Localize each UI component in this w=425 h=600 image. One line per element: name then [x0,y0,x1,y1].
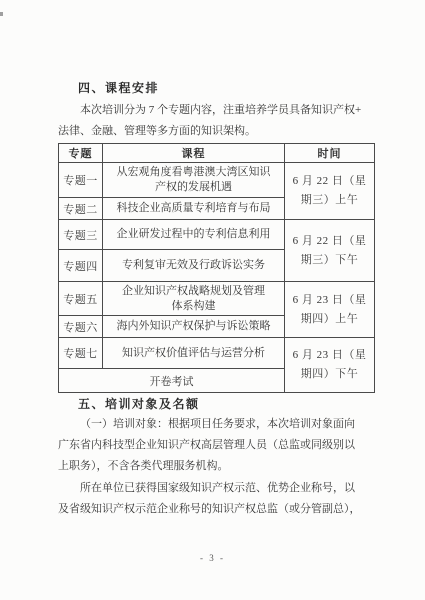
table-row: 专题一 从宏观角度看粤港澳大湾区知识 产权的发展机遇 6 月 22 日（星 期三… [59,163,375,198]
topic-cell: 专题七 [59,338,103,369]
table-header-row: 专题 课程 时间 [59,144,375,163]
header-time: 时间 [285,144,375,163]
audience-paragraph-2: 所在单位已获得国家级知识产权示范、优势企业称号，以 及省级知识产权示范企业称号的… [58,478,374,520]
topic-cell: 专题二 [59,198,103,220]
paragraph-line: （一）培训对象：根据项目任务要求，本次培训对象面向 [58,414,374,435]
paragraph-line: 广东省内科技型企业知识产权高层管理人员（总监或同级别以 [58,435,374,456]
course-cell: 知识产权价值评估与运营分析 [103,338,285,369]
course-cell: 海内外知识产权保护与诉讼策略 [103,316,285,338]
section-heading-training-audience: 五、培训对象及名额 [78,395,200,412]
course-schedule-table: 专题 课程 时间 专题一 从宏观角度看粤港澳大湾区知识 产权的发展机遇 6 月 … [58,143,375,393]
course-cell: 专利复审无效及行政诉讼实务 [103,250,285,282]
header-topic: 专题 [59,144,103,163]
table-row: 专题三 企业研发过程中的专利信息利用 6 月 22 日（星 期三）下午 [59,220,375,250]
paragraph-line: 上职务），不含各类代理服务机构。 [58,456,374,477]
topic-cell: 专题三 [59,220,103,250]
document-page: 四、课程安排 本次培训分为 7 个专题内容，注重培养学员具备知识产权+ 法律、金… [0,0,425,600]
section-heading-course-schedule: 四、课程安排 [78,79,159,96]
topic-cell: 专题五 [59,282,103,316]
exam-cell: 开卷考试 [59,369,285,393]
header-course: 课程 [103,144,285,163]
paragraph-line: 法律、金融、管理等多方面的知识架构。 [58,121,374,142]
paragraph-line: 所在单位已获得国家级知识产权示范、优势企业称号，以 [58,478,374,499]
topic-cell: 专题四 [59,250,103,282]
course-intro-paragraph: 本次培训分为 7 个专题内容，注重培养学员具备知识产权+ 法律、金融、管理等多方… [58,100,374,142]
table-row: 专题五 企业知识产权战略规划及管理 体系构建 6 月 23 日（星 期四）上午 [59,282,375,316]
topic-cell: 专题六 [59,316,103,338]
time-cell: 6 月 22 日（星 期三）上午 [285,163,375,220]
scan-artifact [0,12,3,16]
course-cell: 企业研发过程中的专利信息利用 [103,220,285,250]
course-cell: 从宏观角度看粤港澳大湾区知识 产权的发展机遇 [103,163,285,198]
paragraph-line: 本次培训分为 7 个专题内容，注重培养学员具备知识产权+ [58,100,374,121]
time-cell: 6 月 22 日（星 期三）下午 [285,220,375,282]
course-cell: 科技企业高质量专利培育与布局 [103,198,285,220]
paragraph-line: 及省级知识产权示范企业称号的知识产权总监（或分管副总）， [58,499,374,520]
time-cell: 6 月 23 日（星 期四）下午 [285,338,375,393]
topic-cell: 专题一 [59,163,103,198]
table-row: 专题七 知识产权价值评估与运营分析 6 月 23 日（星 期四）下午 [59,338,375,369]
audience-paragraph-1: （一）培训对象：根据项目任务要求，本次培训对象面向 广东省内科技型企业知识产权高… [58,414,374,477]
course-cell: 企业知识产权战略规划及管理 体系构建 [103,282,285,316]
time-cell: 6 月 23 日（星 期四）上午 [285,282,375,338]
page-number: - 3 - [0,553,425,563]
